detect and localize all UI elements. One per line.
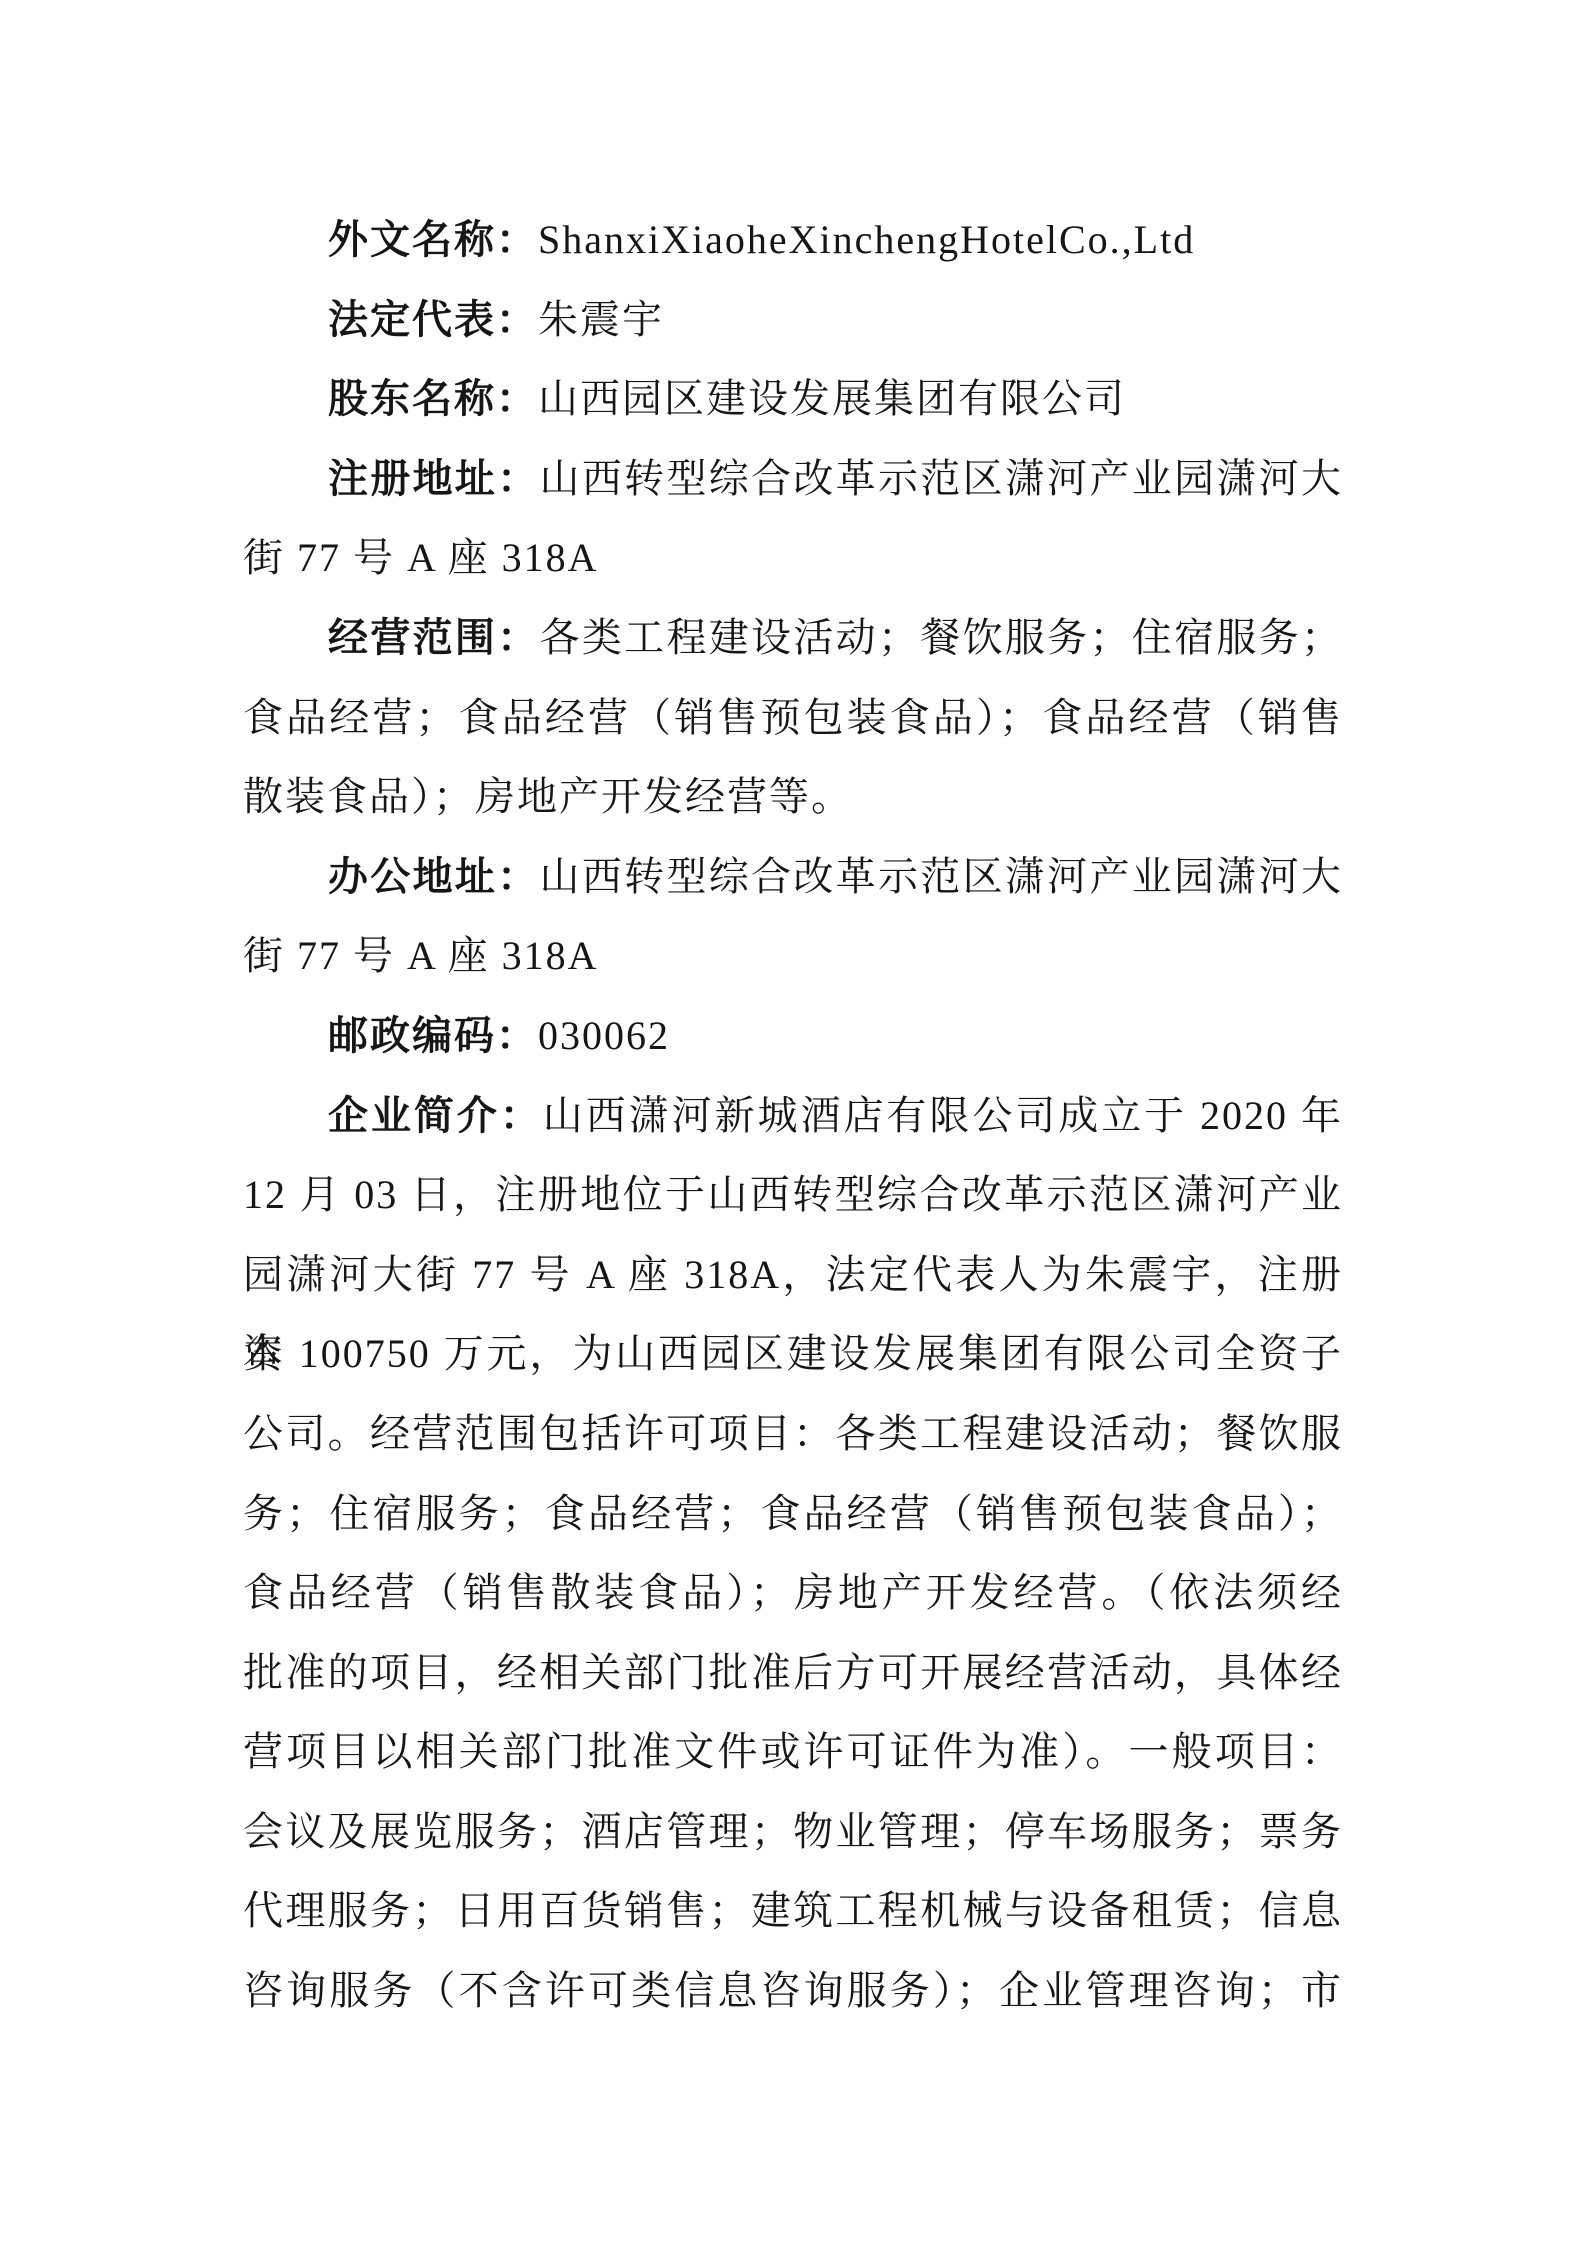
field-label: 办公地址：	[328, 854, 540, 899]
document-line: 街 77 号 A 座 318A	[243, 916, 1343, 996]
text-block: 外文名称：ShanxiXiaoheXinchengHotelCo.,Ltd法定代…	[243, 200, 1343, 2031]
document-line: 会议及展览服务；酒店管理；物业管理；停车场服务；票务	[243, 1792, 1343, 1872]
field-text: 朱震宇	[538, 297, 664, 342]
document-line: 务；住宿服务；食品经营；食品经营（销售预包装食品）；	[243, 1474, 1343, 1554]
document-line: 散装食品）；房地产开发经营等。	[243, 757, 1343, 837]
document-line: 12 月 03 日，注册地位于山西转型综合改革示范区潇河产业	[243, 1155, 1343, 1235]
document-line: 注册地址：山西转型综合改革示范区潇河产业园潇河大	[243, 439, 1343, 519]
field-text: 公司。经营范围包括许可项目：各类工程建设活动；餐饮服	[243, 1411, 1343, 1456]
document-line: 食品经营（销售散装食品）；房地产开发经营。（依法须经	[243, 1553, 1343, 1633]
document-line: 法定代表：朱震宇	[243, 280, 1343, 360]
field-text: 食品经营（销售散装食品）；房地产开发经营。（依法须经	[243, 1570, 1343, 1615]
document-line: 咨询服务（不含许可类信息咨询服务）；企业管理咨询；市	[243, 1951, 1343, 2031]
field-text: 街 77 号 A 座 318A	[243, 933, 599, 978]
field-text: 山西潇河新城酒店有限公司成立于 2020 年	[543, 1093, 1343, 1138]
document-page: 外文名称：ShanxiXiaoheXinchengHotelCo.,Ltd法定代…	[0, 0, 1587, 2245]
field-label: 外文名称：	[328, 217, 538, 262]
field-text: 山西转型综合改革示范区潇河产业园潇河大	[540, 854, 1343, 899]
field-text: 本 100750 万元，为山西园区建设发展集团有限公司全资子	[243, 1331, 1343, 1376]
field-text: 山西转型综合改革示范区潇河产业园潇河大	[540, 456, 1343, 501]
document-line: 外文名称：ShanxiXiaoheXinchengHotelCo.,Ltd	[243, 200, 1343, 280]
field-text: 街 77 号 A 座 318A	[243, 535, 599, 580]
document-line: 公司。经营范围包括许可项目：各类工程建设活动；餐饮服	[243, 1394, 1343, 1474]
field-label: 邮政编码：	[328, 1013, 538, 1058]
field-text: 营项目以相关部门批准文件或许可证件为准）。一般项目：	[243, 1729, 1343, 1774]
document-line: 股东名称：山西园区建设发展集团有限公司	[243, 359, 1343, 439]
field-text: 食品经营；食品经营（销售预包装食品）；食品经营（销售	[243, 695, 1343, 740]
field-text: 030062	[538, 1013, 670, 1058]
document-line: 邮政编码：030062	[243, 996, 1343, 1076]
field-label: 企业简介：	[328, 1093, 543, 1138]
field-text: ShanxiXiaoheXinchengHotelCo.,Ltd	[538, 217, 1195, 262]
document-line: 批准的项目，经相关部门批准后方可开展经营活动，具体经	[243, 1633, 1343, 1713]
document-line: 食品经营；食品经营（销售预包装食品）；食品经营（销售	[243, 678, 1343, 758]
document-line: 办公地址：山西转型综合改革示范区潇河产业园潇河大	[243, 837, 1343, 917]
field-text: 务；住宿服务；食品经营；食品经营（销售预包装食品）；	[243, 1491, 1343, 1536]
document-line: 本 100750 万元，为山西园区建设发展集团有限公司全资子	[243, 1314, 1343, 1394]
document-line: 代理服务；日用百货销售；建筑工程机械与设备租赁；信息	[243, 1871, 1343, 1951]
field-text: 会议及展览服务；酒店管理；物业管理；停车场服务；票务	[243, 1809, 1343, 1854]
field-label: 股东名称：	[328, 376, 538, 421]
document-line: 企业简介：山西潇河新城酒店有限公司成立于 2020 年	[243, 1076, 1343, 1156]
field-text: 各类工程建设活动；餐饮服务；住宿服务；	[540, 615, 1343, 660]
field-label: 法定代表：	[328, 297, 538, 342]
field-text: 代理服务；日用百货销售；建筑工程机械与设备租赁；信息	[243, 1888, 1343, 1933]
field-label: 经营范围：	[328, 615, 540, 660]
field-text: 批准的项目，经相关部门批准后方可开展经营活动，具体经	[243, 1650, 1343, 1695]
field-text: 山西园区建设发展集团有限公司	[538, 376, 1126, 421]
document-line: 营项目以相关部门批准文件或许可证件为准）。一般项目：	[243, 1712, 1343, 1792]
document-line: 园潇河大街 77 号 A 座 318A，法定代表人为朱震宇，注册资	[243, 1235, 1343, 1315]
field-label: 注册地址：	[328, 456, 540, 501]
document-line: 街 77 号 A 座 318A	[243, 518, 1343, 598]
field-text: 散装食品）；房地产开发经营等。	[243, 774, 853, 819]
document-line: 经营范围：各类工程建设活动；餐饮服务；住宿服务；	[243, 598, 1343, 678]
field-text: 咨询服务（不含许可类信息咨询服务）；企业管理咨询；市	[243, 1968, 1343, 2013]
field-text: 12 月 03 日，注册地位于山西转型综合改革示范区潇河产业	[243, 1172, 1343, 1217]
